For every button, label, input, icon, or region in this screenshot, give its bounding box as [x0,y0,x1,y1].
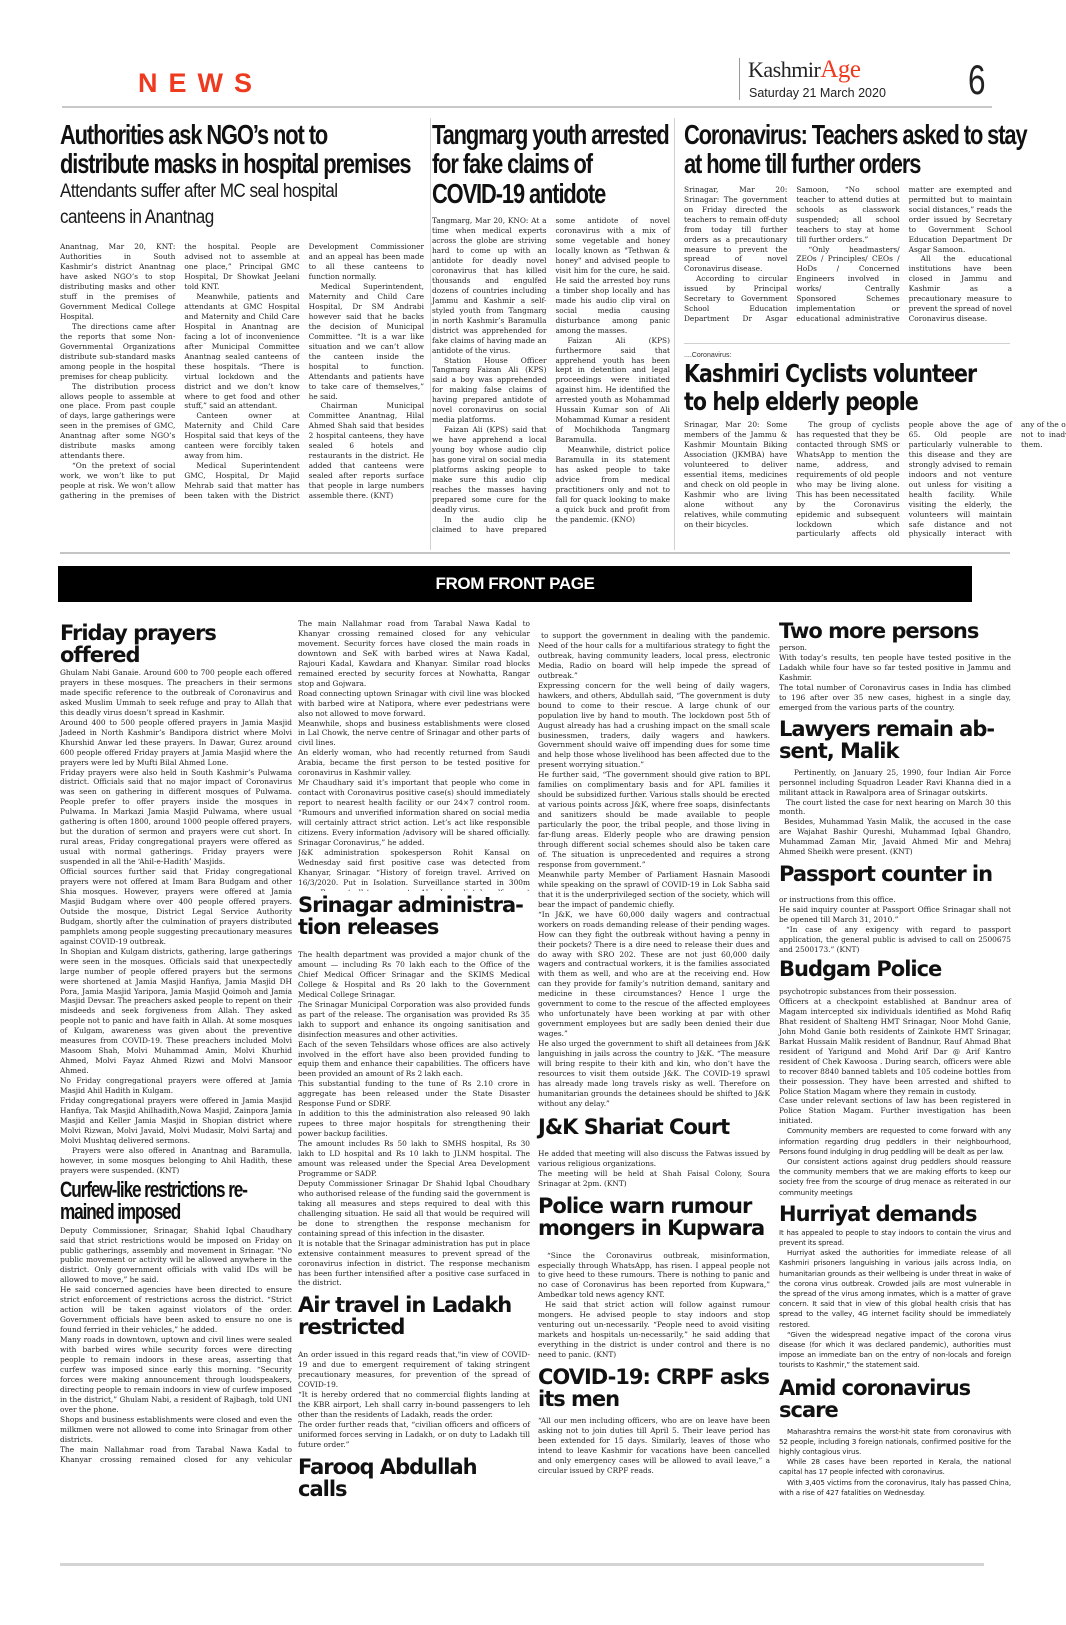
paragraph: The group of cyclists has requested that… [796,420,1066,540]
paragraph: This substantial funding to the tune of … [298,1079,530,1109]
story-body: or instructions from this office. He sai… [779,895,1011,955]
column-divider [674,118,675,550]
paragraph: Besides, Muhammad Yasin Malik, the accus… [779,817,1011,857]
headline: Srinagar administra- [298,894,530,916]
paragraph: Faizan Ali (KPS) furthermore said that a… [556,336,671,445]
column-1: Friday prayers offered Ghulam Nabi Ganai… [60,622,292,1465]
headline: Kashmiri Cyclists volunteer [684,360,953,388]
paragraph: All the educational institutions have be… [909,254,1012,324]
section-rule [60,552,1010,554]
headline: mongers in Kupwara [538,1217,770,1239]
paragraph: Officers at a checkpoint established at … [779,997,1011,1097]
paragraph: “In J&K, we have 60,000 daily wagers and… [538,910,770,1039]
headline: restricted [298,1316,530,1338]
story-body: He added that meeting will also discuss … [538,1149,770,1189]
headline: Air travel in Ladakh [298,1294,530,1316]
paragraph: Community members are requested to come … [779,1126,1011,1157]
column-3: to support the government in dealing wit… [538,631,770,1476]
paragraph: In Shopian and Kulgam districts, gatheri… [60,947,292,1076]
headline: Hurriyat demands [779,1203,1011,1225]
paragraph: Our consistent actions against drug pedd… [779,1157,1011,1198]
paragraph: Tangmarg, Mar 20, KNO: At a time when me… [432,216,547,355]
paragraph: Meanwhile, shops and business establishm… [298,719,530,749]
paragraph: Deputy Commissioner, Srinagar, Shahid Iq… [60,1226,292,1286]
column-2: The main Nallahmar road from Tarabal Naw… [298,619,530,1507]
subheadline: Attendants suffer after MC seal hospital [60,179,388,205]
paragraph: The main Nallahmar road from Tarabal Naw… [60,1445,292,1465]
paragraph: The distribution process allows people t… [60,382,175,462]
headline: distribute masks in hospital premises [60,149,344,178]
paragraph: Pertinently, on January 25, 1990, four I… [779,768,1011,798]
story-body: person. With today’s results, ten people… [779,643,1011,713]
headline: COVID-19 antidote [432,179,618,208]
paragraph: “Since the Coronavirus outbreak, misinfo… [538,1251,770,1301]
section-banner-label: FROM FRONT PAGE [436,574,595,594]
paragraph: No Friday congregational prayers were of… [60,1076,292,1096]
paragraph: He said inquiry counter at Passport Offi… [779,905,1011,925]
story-body: “All our men including officers, who are… [538,1416,770,1476]
paragraph: Ghulam Nabi Ganaie. Around 600 to 700 pe… [60,668,292,718]
paragraph: Friday congregational prayers were offer… [60,1096,292,1146]
story-divider [684,343,1010,344]
paragraph: The meeting will be held at Shah Faisal … [538,1169,770,1189]
headline: Farooq Abdullah calls [298,1456,530,1500]
footer-rule [60,1563,984,1566]
paragraph: It has appealed to people to stay indoor… [779,1228,1011,1248]
section-label: NEWS [138,68,263,99]
story-body: Maharashtra remains the worst-hit state … [779,1427,1011,1498]
story-body: Srinagar, Mar 20: Srinagar: The governme… [684,185,1012,345]
story-teachers: Coronavirus: Teachers asked to stay at h… [684,120,1012,345]
page-number: 6 [968,56,986,104]
story-body: psychotropic substances from their posse… [779,987,1011,1126]
paragraph: He said that strict action will follow a… [538,1300,770,1360]
paragraph: While 28 cases have been reported in Ker… [779,1457,1011,1477]
logo-accent: Age [820,56,860,83]
paragraph: to support the government in dealing wit… [538,631,770,681]
paragraph: Official sources further said that Frida… [60,867,292,947]
paragraph: “Given the widespread negative impact of… [779,1330,1011,1371]
paragraph: “In case of any exigency with regard to … [779,925,1011,955]
paragraph: Shops and business establishments were c… [60,1415,292,1445]
paragraph: It is notable that the Srinagar administ… [298,1239,530,1289]
headline: Police warn rumour [538,1195,770,1217]
paragraph: In addition to this the administration a… [298,1109,530,1139]
story-cyclists: ....Coronavirus: Kashmiri Cyclists volun… [684,352,1012,540]
story-body-continued: The main Nallahmar road from Tarabal Naw… [298,619,530,891]
paragraph: The directions came after the reports th… [60,322,175,382]
paragraph: Hurriyat asked the authorities for immed… [779,1248,1011,1330]
newspaper-logo: KashmirAge [748,56,860,84]
headline: to help elderly people [684,388,953,416]
paragraph: He also urged the government to shift al… [538,1039,770,1109]
subheadline: canteens in Anantnag [60,205,388,231]
headline: scare [779,1399,1011,1421]
paragraph: Deputy Commissioner Srinagar Dr Shahid I… [298,1179,530,1239]
paragraph: “It is hereby ordered that no commercial… [298,1390,530,1420]
paragraph: The court listed the case for next heari… [779,798,1011,818]
paragraph: He added that meeting will also discuss … [538,1149,770,1169]
paragraph: Around 400 to 500 people offered prayers… [60,718,292,768]
story-body: It has appealed to people to stay indoor… [779,1228,1011,1371]
kicker: ....Coronavirus: [684,352,1012,359]
headline: Curfew-like restrictions re- [60,1179,241,1201]
headline: its men [538,1388,770,1410]
paragraph: Road connecting uptown Srinagar with civ… [298,689,530,719]
paragraph: Meanwhile party Member of Parliament Has… [538,870,770,910]
paragraph: With 3,405 victims from the coronavirus,… [779,1478,1011,1498]
paragraph: “All our men including officers, who are… [538,1416,770,1476]
story-body: Community members are requested to come … [779,1126,1011,1197]
paragraph: The total number of Coronavirus cases in… [779,683,1011,713]
paragraph: With today’s results, ten people have te… [779,653,1011,683]
headline: Amid coronavirus [779,1377,1011,1399]
paragraph: Each of the seven Tehsildars whose offic… [298,1040,530,1080]
paragraph: An order issued in this regard reads tha… [298,1350,530,1390]
paragraph: An elderly woman, who had recently retur… [298,748,530,778]
headline: tion releases [298,916,530,938]
paragraph: Medical Superintendent, Maternity and Ch… [309,282,424,401]
paragraph: Canteen owner at Maternity and Child Car… [184,411,299,461]
headline: Authorities ask NGO’s not to [60,120,344,149]
paragraph: He further said, “The government should … [538,770,770,870]
paragraph: Srinagar, Mar 20: Srinagar: The governme… [684,185,787,275]
paragraph: person. [779,643,1011,653]
headline: for fake claims of [432,149,618,178]
headline: J&K Shariat Court [538,1116,770,1138]
headline: sent, Malik [779,740,1011,762]
headline: Passport counter in [779,863,1011,885]
story-ngo-masks: Authorities ask NGO’s not to distribute … [60,120,424,566]
paragraph: Maharashtra remains the worst-hit state … [779,1427,1011,1458]
paragraph: Friday prayers were also held in South K… [60,768,292,868]
paragraph: Prayers were also offered in Anantnag an… [60,1146,292,1176]
story-body: Anantnag, Mar 20, KNT: Authorities in So… [60,242,424,566]
paragraph: Meanwhile, patients and attendants at GM… [184,292,299,411]
paragraph: The order further reads that, “civilian … [298,1420,530,1450]
paragraph: The amount includes Rs 50 lakh to SMHS h… [298,1139,530,1179]
story-body: Pertinently, on January 25, 1990, four I… [779,768,1011,858]
paragraph: The health department was provided a maj… [298,950,530,1000]
headline: Two more persons [779,620,1011,642]
paragraph: Station House Officer Tangmarg Faizan Al… [432,356,547,426]
story-body: “Since the Coronavirus outbreak, misinfo… [538,1251,770,1360]
paragraph: psychotropic substances from their posse… [779,987,1011,997]
paragraph: Expressing concern for the well being of… [538,681,770,771]
paragraph: Many roads in downtown, uptown and civil… [60,1335,292,1415]
headline: at home till further orders [684,149,940,178]
paragraph: Chairman Municipal Committee Anantnag, H… [309,401,424,501]
paragraph: Mr Chaudhary said it’s important that pe… [298,778,530,848]
paragraph: or instructions from this office. [779,895,1011,905]
headline: Lawyers remain ab- [779,718,1011,740]
column-4: Two more persons person. With today’s re… [779,620,1011,1498]
logo-text: Kashmir [748,57,820,82]
paragraph: He said concerned agencies have been dir… [60,1285,292,1335]
headline: Budgam Police [779,958,1011,980]
story-body: Srinagar, Mar 20: Some members of the Ja… [684,420,1012,540]
column-divider [430,118,431,550]
story-body: Tangmarg, Mar 20, KNO: At a time when me… [432,216,670,552]
story-body: Deputy Commissioner, Srinagar, Shahid Iq… [60,1226,292,1465]
headline: Coronavirus: Teachers asked to stay [684,120,940,149]
masthead-rule [62,106,992,108]
story-body: to support the government in dealing wit… [538,631,770,1109]
issue-date: Saturday 21 March 2020 [749,86,886,100]
paragraph: The Srinagar Municipal Corporation was a… [298,1000,530,1040]
paragraph: Anantnag, Mar 20, KNT: Authorities in So… [60,242,175,322]
paragraph: Meanwhile, district police Baramulla in … [556,445,671,525]
paragraph: Srinagar, Mar 20: Some members of the Ja… [684,420,787,529]
paragraph: The main Nallahmar road from Tarabal Naw… [298,619,530,689]
section-banner: FROM FRONT PAGE [58,566,972,602]
headline: mained imposed [60,1201,241,1223]
story-body: The health department was provided a maj… [298,950,530,1288]
story-tangmarg: Tangmarg youth arrested for fake claims … [432,120,670,552]
story-body: An order issued in this regard reads tha… [298,1350,530,1450]
headline: Friday prayers offered [60,622,292,666]
masthead-divider [739,58,740,100]
paragraph: Case under relevant sections of law has … [779,1096,1011,1126]
story-body: Ghulam Nabi Ganaie. Around 600 to 700 pe… [60,668,292,1176]
paragraph: J&K administration spokesperson Rohit Ka… [298,848,530,891]
headline: COVID-19: CRPF asks [538,1366,770,1388]
headline: Tangmarg youth arrested [432,120,618,149]
paragraph: Faizan Ali (KPS) said that we have appre… [432,425,547,515]
